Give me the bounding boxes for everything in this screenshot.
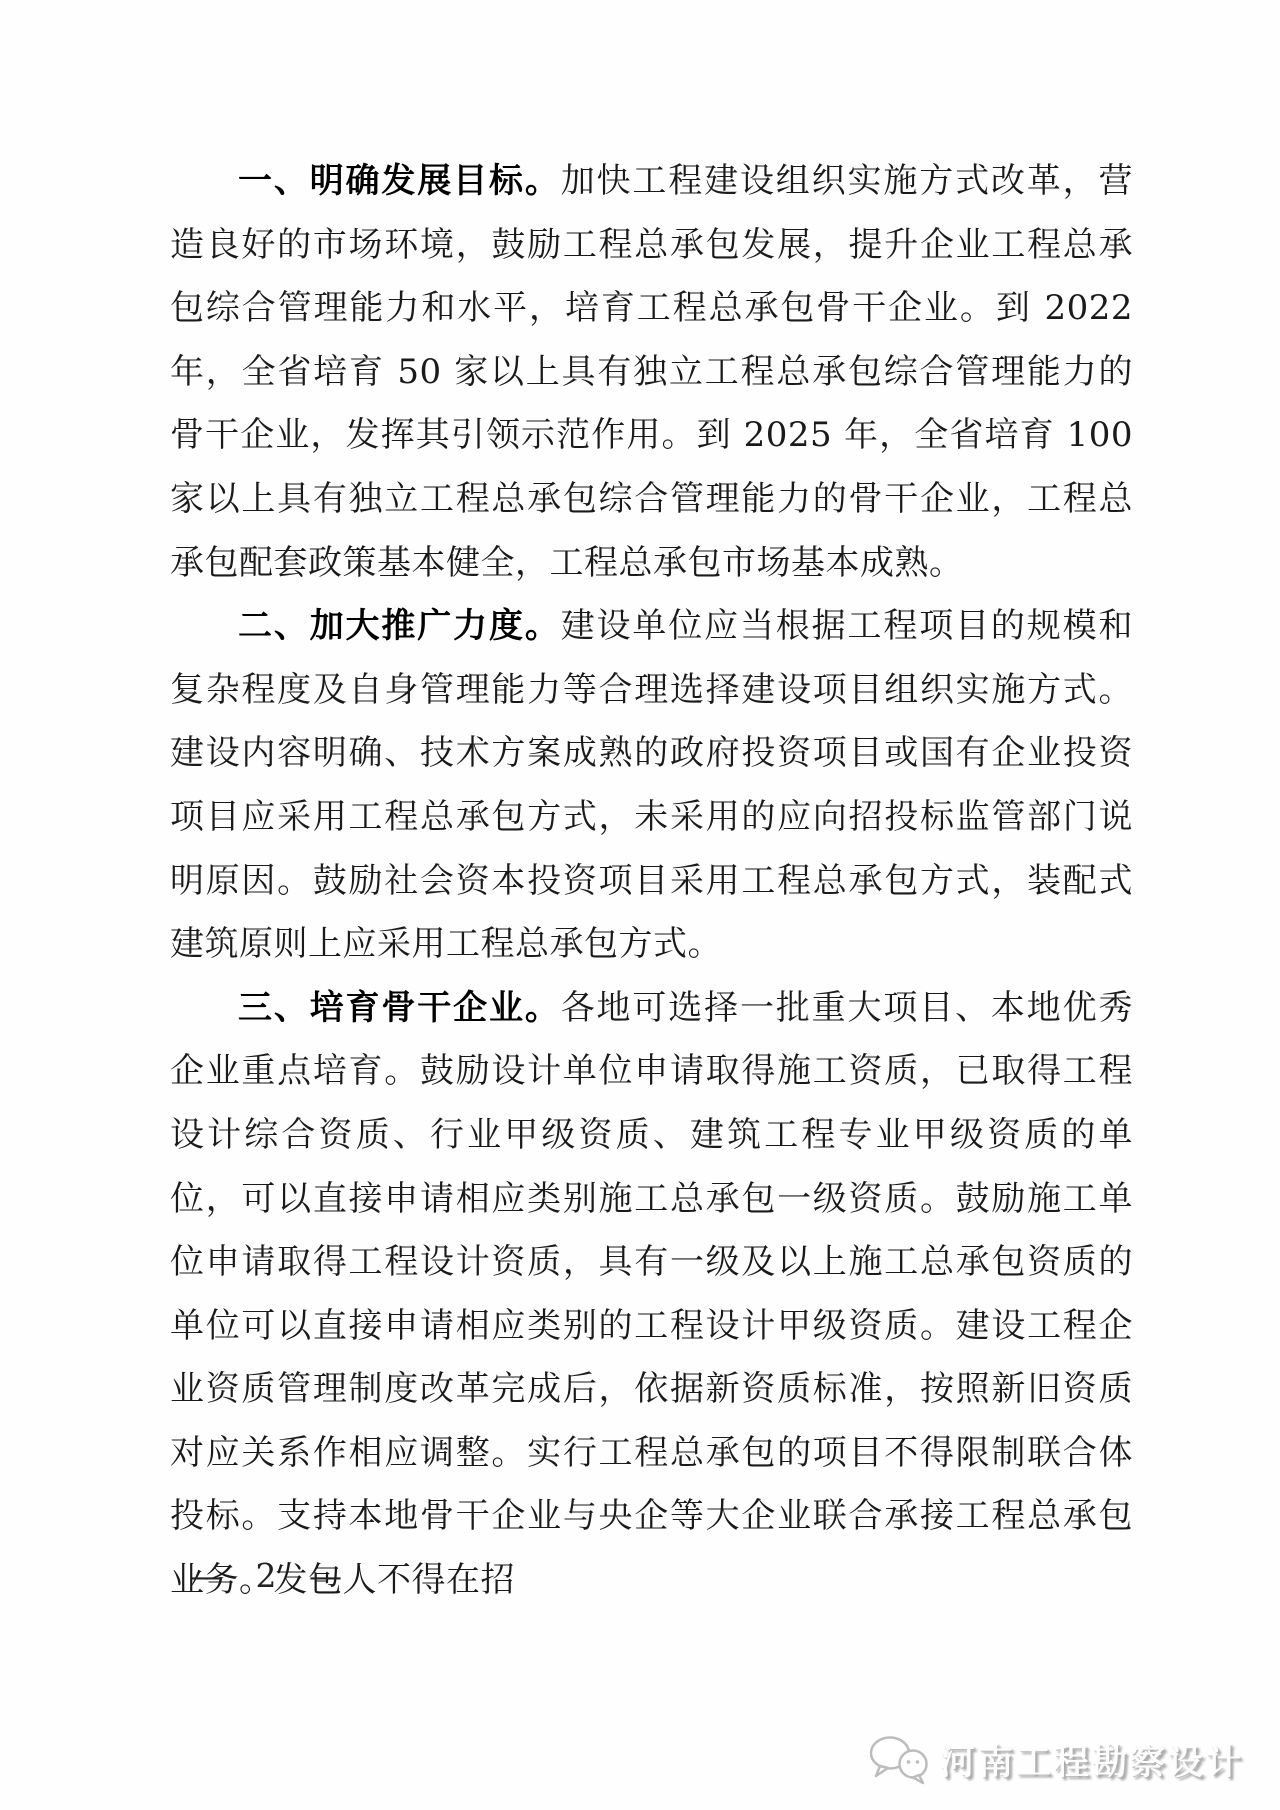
paragraph-text: 加快工程建设组织实施方式改革，营造良好的市场环境，鼓励工程总承包发展，提升企业工…	[170, 161, 1133, 583]
section-heading: 二、加大推广力度。	[238, 607, 561, 645]
paragraph-text: 各地可选择一批重大项目、本地优秀企业重点培育。鼓励设计单位申请取得施工资质，已取…	[170, 988, 1133, 1600]
page-number: — 2 —	[190, 1556, 344, 1595]
watermark: 河南工程勘察设计	[868, 1734, 1244, 1786]
watermark-label: 河南工程勘察设计	[940, 1735, 1244, 1785]
section-heading: 一、明确发展目标。	[238, 162, 561, 200]
wechat-icon	[868, 1734, 930, 1786]
section-heading: 三、培育骨干企业。	[238, 989, 561, 1027]
document-page: 一、明确发展目标。加快工程建设组织实施方式改革，营造良好的市场环境，鼓励工程总承…	[0, 0, 1280, 1810]
paragraph: 二、加大推广力度。建设单位应当根据工程项目的规模和复杂程度及自身管理能力等合理选…	[170, 595, 1133, 977]
paragraph: 三、培育骨干企业。各地可选择一批重大项目、本地优秀企业重点培育。鼓励设计单位申请…	[170, 977, 1133, 1613]
paragraph-text: 建设单位应当根据工程项目的规模和复杂程度及自身管理能力等合理选择建设项目组织实施…	[170, 606, 1133, 964]
paragraph: 一、明确发展目标。加快工程建设组织实施方式改革，营造良好的市场环境，鼓励工程总承…	[170, 150, 1133, 595]
document-body: 一、明确发展目标。加快工程建设组织实施方式改革，营造良好的市场环境，鼓励工程总承…	[170, 150, 1133, 1613]
